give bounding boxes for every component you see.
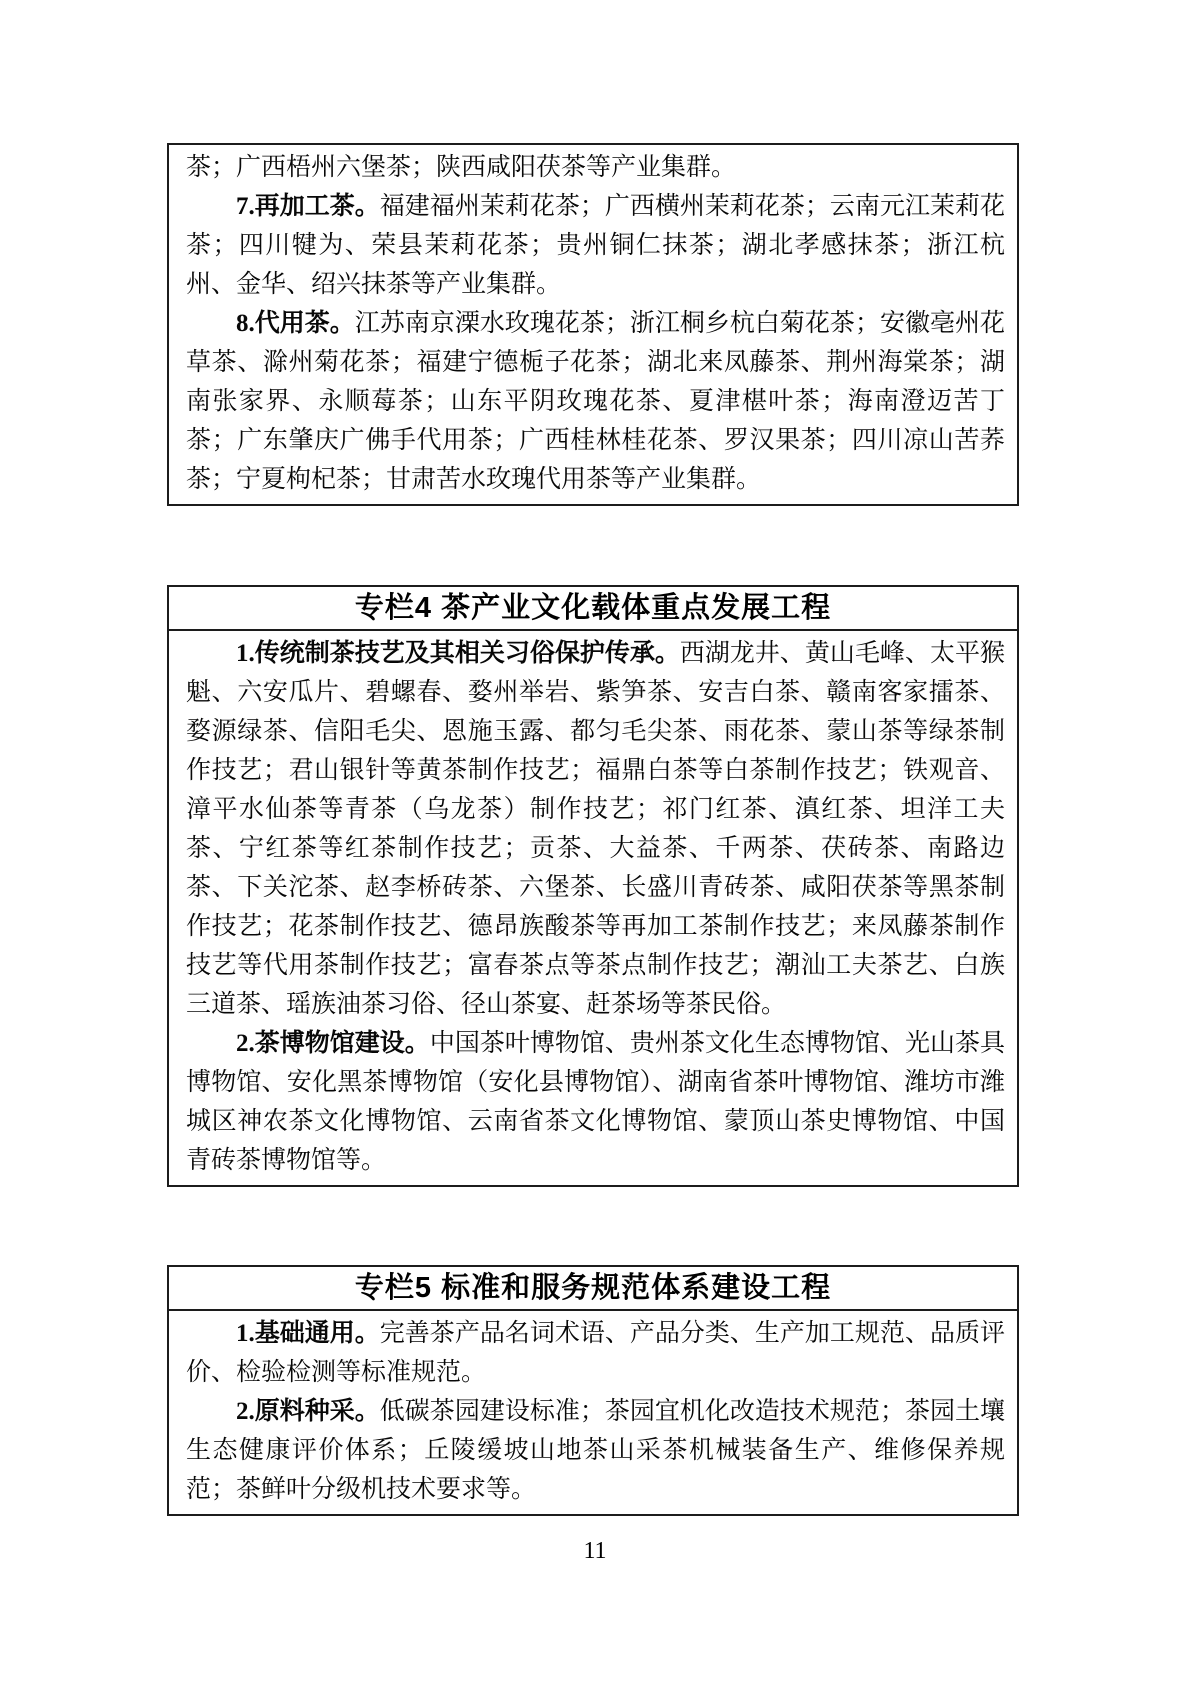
paragraph: 7.再加工茶。福建福州茉莉花茶；广西横州茉莉花茶；云南元江茉莉花茶；四川犍为、荣…: [186, 187, 1005, 304]
paragraph-lead: 1.基础通用。: [236, 1320, 380, 1347]
info-box-column5: 专栏5 标准和服务规范体系建设工程 1.基础通用。完善茶产品名词术语、产品分类、…: [167, 1265, 1019, 1516]
paragraph-lead: 8.代用茶。: [236, 310, 355, 337]
paragraph: 1.传统制茶技艺及其相关习俗保护传承。西湖龙井、黄山毛峰、太平猴魁、六安瓜片、碧…: [186, 634, 1005, 1024]
paragraph: 茶；广西梧州六堡茶；陕西咸阳茯茶等产业集群。: [186, 148, 1005, 187]
box-body: 1.传统制茶技艺及其相关习俗保护传承。西湖龙井、黄山毛峰、太平猴魁、六安瓜片、碧…: [169, 631, 1017, 1185]
paragraph: 1.基础通用。完善茶产品名词术语、产品分类、生产加工规范、品质评价、检验检测等标…: [186, 1314, 1005, 1392]
box-body: 茶；广西梧州六堡茶；陕西咸阳茯茶等产业集群。 7.再加工茶。福建福州茉莉花茶；广…: [169, 145, 1017, 504]
info-box-column4: 专栏4 茶产业文化载体重点发展工程 1.传统制茶技艺及其相关习俗保护传承。西湖龙…: [167, 585, 1019, 1187]
box-title: 专栏5 标准和服务规范体系建设工程: [169, 1267, 1017, 1311]
page-number: 11: [0, 1537, 1190, 1565]
paragraph-lead: 1.传统制茶技艺及其相关习俗保护传承。: [236, 640, 680, 667]
info-box-clusters-continued: 茶；广西梧州六堡茶；陕西咸阳茯茶等产业集群。 7.再加工茶。福建福州茉莉花茶；广…: [167, 143, 1019, 506]
paragraph: 2.茶博物馆建设。中国茶叶博物馆、贵州茶文化生态博物馆、光山茶具博物馆、安化黑茶…: [186, 1024, 1005, 1180]
paragraph: 8.代用茶。江苏南京溧水玫瑰花茶；浙江桐乡杭白菊花茶；安徽亳州花草茶、滁州菊花茶…: [186, 304, 1005, 499]
paragraph: 2.原料种采。低碳茶园建设标准；茶园宜机化改造技术规范；茶园土壤生态健康评价体系…: [186, 1392, 1005, 1509]
paragraph-text: 西湖龙井、黄山毛峰、太平猴魁、六安瓜片、碧螺春、婺州举岩、紫笋茶、安吉白茶、赣南…: [186, 640, 1005, 1018]
paragraph-lead: 7.再加工茶。: [236, 193, 380, 220]
box-title: 专栏4 茶产业文化载体重点发展工程: [169, 587, 1017, 631]
box-body: 1.基础通用。完善茶产品名词术语、产品分类、生产加工规范、品质评价、检验检测等标…: [169, 1311, 1017, 1514]
document-page: 茶；广西梧州六堡茶；陕西咸阳茯茶等产业集群。 7.再加工茶。福建福州茉莉花茶；广…: [0, 0, 1190, 1683]
paragraph-text: 茶；广西梧州六堡茶；陕西咸阳茯茶等产业集群。: [186, 154, 736, 181]
paragraph-text: 江苏南京溧水玫瑰花茶；浙江桐乡杭白菊花茶；安徽亳州花草茶、滁州菊花茶；福建宁德栀…: [186, 310, 1005, 493]
paragraph-lead: 2.茶博物馆建设。: [236, 1030, 430, 1057]
paragraph-lead: 2.原料种采。: [236, 1398, 380, 1425]
